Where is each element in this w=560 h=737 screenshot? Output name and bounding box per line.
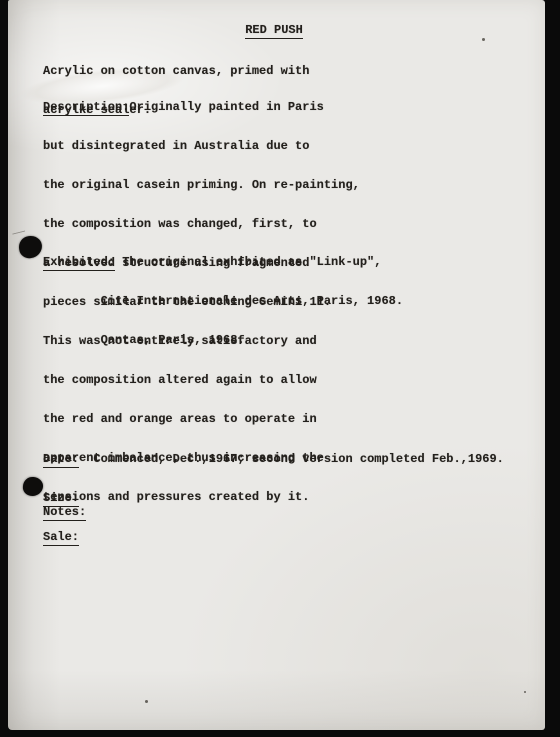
description-line: the composition altered again to allow	[43, 374, 360, 387]
hole-punch	[18, 235, 44, 260]
sale-field-line: Sale:	[43, 531, 504, 544]
description-line: the red and orange areas to operate in	[43, 413, 360, 426]
scanned-document: RED PUSH Acrylic on cotton canvas, prime…	[0, 0, 560, 737]
exhibited-section: Exhibited: The original exhibited as "Li…	[43, 230, 403, 373]
notes-field-line: Notes:	[43, 506, 86, 519]
exhibited-line: Qantas, Paris, 1968.	[43, 334, 403, 347]
paper-speck	[145, 700, 148, 703]
exhibited-first-line: The original exhibited as "Link-up",	[115, 255, 381, 269]
catalogue-fields-section: Date: Commenced, Dec.,1967; second versi…	[43, 427, 504, 570]
size-field-line: Size:	[43, 492, 504, 505]
paper-sheet: RED PUSH Acrylic on cotton canvas, prime…	[8, 0, 545, 730]
exhibited-line: Cite Internationale des Arts, Paris, 196…	[43, 295, 403, 308]
hole-punch	[22, 476, 44, 497]
paper-speck	[482, 38, 485, 41]
notes-section: Notes:	[43, 480, 86, 545]
page-title-text: RED PUSH	[245, 23, 303, 39]
notes-label: Notes:	[43, 505, 86, 521]
date-field-line: Date: Commenced, Dec.,1967; second versi…	[43, 453, 504, 466]
exhibited-label: Exhibited:	[43, 255, 115, 271]
date-label: Date:	[43, 452, 79, 468]
description-first-line: Originally painted in Paris	[129, 100, 323, 114]
paper-speck	[524, 691, 526, 693]
description-heading-line: Description:Originally painted in Paris	[43, 101, 360, 114]
date-value: Commenced, Dec.,1967; second version com…	[79, 452, 504, 466]
description-line: but disintegrated in Australia due to	[43, 140, 360, 153]
description-line: the original casein priming. On re-paint…	[43, 179, 360, 192]
exhibited-heading-line: Exhibited: The original exhibited as "Li…	[43, 256, 403, 269]
description-label: Description:	[43, 100, 129, 116]
